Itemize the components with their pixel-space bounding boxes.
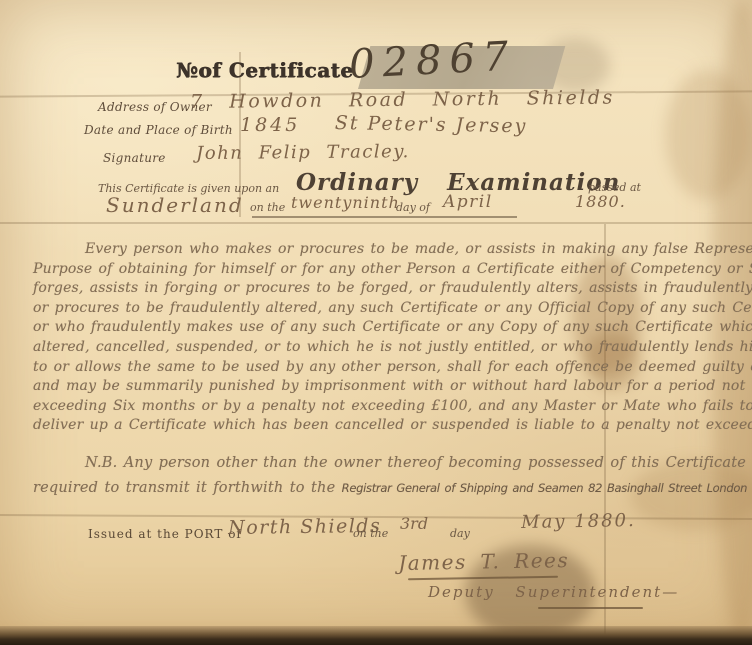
exam-month-value: April (443, 192, 493, 212)
paper-stain (665, 70, 750, 200)
birth-year-value: 1845 (240, 114, 300, 136)
issued-date-value: May 1880. (521, 510, 636, 533)
nb-paragraph: N.B. Any person other than the owner the… (33, 451, 733, 501)
official-signature: James T. Rees (398, 548, 569, 575)
issued-at-port-label: Issued at the PORT of (88, 527, 242, 541)
horizontal-fold-crease (0, 222, 752, 224)
paragraph-line: forges, assists in forging or procures t… (33, 279, 733, 299)
certificate-number-label: №of Certificate (176, 58, 353, 82)
paragraph-line: Purpose of obtaining for himself or for … (33, 260, 733, 280)
official-role-text: Deputy Superintendent— (428, 583, 679, 601)
paragraph-line: deliver up a Certificate which has been … (33, 416, 733, 436)
registrar-address-text: Registrar General of Shipping and Seamen… (342, 481, 752, 495)
document-bottom-edge (0, 626, 752, 645)
nb-line-script-part: required to transmit it forthwith to the (33, 480, 335, 496)
paragraph-line: and may be summarily punished by impriso… (33, 377, 733, 397)
issued-on-the-text: on the (353, 527, 388, 540)
certificate-number-value: 02867 (348, 33, 517, 88)
certificate-document: №of Certificate 02867 Address of Owner 7… (0, 0, 752, 645)
paragraph-line: Every person who makes or procures to be… (33, 240, 733, 260)
signature-underline (408, 576, 558, 580)
form-rule (252, 216, 517, 218)
day-of-text: day of (396, 201, 430, 214)
address-value: 7 Howdon Road North Shields (190, 87, 615, 113)
paragraph-line: to or allows the same to be used by any … (33, 358, 733, 378)
paragraph-line: altered, cancelled, suspended, or to whi… (33, 338, 733, 358)
birth-place-value: St Peter's Jersey (335, 112, 528, 137)
paragraph-line: or who fraudulently makes use of any suc… (33, 318, 733, 338)
signature-label: Signature (103, 151, 166, 165)
nb-line: N.B. Any person other than the owner the… (33, 451, 733, 476)
owner-signature-value: John Felip Tracley. (196, 141, 410, 164)
penalty-clause-paragraph: Every person who makes or procures to be… (33, 240, 733, 436)
issued-day-value: 3rd (400, 514, 428, 533)
exam-place-value: Sunderland (106, 193, 244, 217)
paragraph-line: exceeding Six months or by a penalty not… (33, 397, 733, 417)
nb-line: required to transmit it forthwith to the… (33, 476, 733, 501)
role-underline (538, 607, 643, 609)
birth-label: Date and Place of Birth (84, 123, 233, 137)
issued-day-label: day (450, 527, 470, 540)
on-the-text: on the (250, 201, 285, 214)
exam-day-value: twentyninth (291, 193, 400, 212)
exam-year-value: 1880. (575, 192, 626, 211)
paragraph-line: or procures to be fraudulently altered, … (33, 299, 733, 319)
